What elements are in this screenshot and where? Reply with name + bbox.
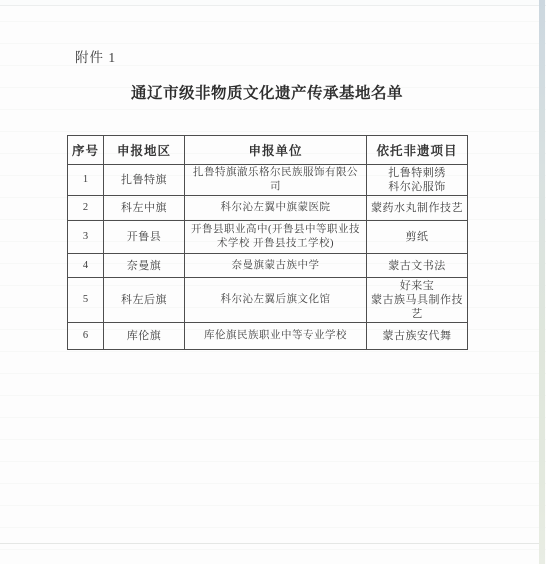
cell-unit: 库伦旗民族职业中等专业学校: [185, 323, 367, 350]
cell-project: 蒙古文书法: [367, 254, 468, 278]
page-edge-shadow: [539, 0, 545, 564]
cell-project: 好来宝 蒙古族马具制作技艺: [367, 278, 468, 323]
col-header-unit: 申报单位: [185, 136, 367, 165]
cell-project: 蒙药水丸制作技艺: [367, 196, 468, 221]
cell-no: 5: [68, 278, 104, 323]
col-header-project: 依托非遗项目: [367, 136, 468, 165]
cell-no: 3: [68, 221, 104, 254]
col-header-region: 申报地区: [104, 136, 185, 165]
document-page: 附件 1 通辽市级非物质文化遗产传承基地名单 序号 申报地区 申报单位 依托非遗…: [0, 0, 546, 564]
cell-unit: 科尔沁左翼中旗蒙医院: [185, 196, 367, 221]
col-header-no: 序号: [68, 136, 104, 165]
cell-no: 4: [68, 254, 104, 278]
page-title: 通辽市级非物质文化遗产传承基地名单: [67, 81, 467, 103]
cell-region: 扎鲁特旗: [104, 165, 185, 196]
table-row: 6 库伦旗 库伦旗民族职业中等专业学校 蒙古族安代舞: [68, 323, 468, 350]
table-header-row: 序号 申报地区 申报单位 依托非遗项目: [68, 136, 468, 165]
table-row: 2 科左中旗 科尔沁左翼中旗蒙医院 蒙药水丸制作技艺: [68, 196, 468, 221]
attachment-label: 附件 1: [75, 46, 116, 66]
scan-footer-line: [0, 543, 540, 544]
cell-region: 奈曼旗: [104, 254, 185, 278]
table-row: 3 开鲁县 开鲁县职业高中(开鲁县中等职业技术学校 开鲁县技工学校) 剪纸: [68, 221, 468, 254]
cell-no: 6: [68, 323, 104, 350]
cell-unit: 奈曼旗蒙古族中学: [185, 254, 367, 278]
cell-region: 库伦旗: [104, 323, 185, 350]
cell-project: 扎鲁特刺绣 科尔沁服饰: [367, 165, 468, 196]
cell-region: 开鲁县: [104, 221, 185, 254]
table-row: 5 科左后旗 科尔沁左翼后旗文化馆 好来宝 蒙古族马具制作技艺: [68, 278, 468, 323]
cell-region: 科左后旗: [104, 278, 185, 323]
cell-project: 蒙古族安代舞: [367, 323, 468, 350]
cell-unit: 开鲁县职业高中(开鲁县中等职业技术学校 开鲁县技工学校): [185, 221, 367, 254]
cell-no: 1: [68, 165, 104, 196]
cell-unit: 科尔沁左翼后旗文化馆: [185, 278, 367, 323]
cell-no: 2: [68, 196, 104, 221]
scan-top-band: [0, 0, 546, 6]
cell-project: 剪纸: [367, 221, 468, 254]
table-row: 1 扎鲁特旗 扎鲁特旗澈乐格尔民族服饰有限公司 扎鲁特刺绣 科尔沁服饰: [68, 165, 468, 196]
cell-unit: 扎鲁特旗澈乐格尔民族服饰有限公司: [185, 165, 367, 196]
heritage-base-table: 序号 申报地区 申报单位 依托非遗项目 1 扎鲁特旗 扎鲁特旗澈乐格尔民族服饰有…: [67, 135, 468, 350]
cell-region: 科左中旗: [104, 196, 185, 221]
table-row: 4 奈曼旗 奈曼旗蒙古族中学 蒙古文书法: [68, 254, 468, 278]
